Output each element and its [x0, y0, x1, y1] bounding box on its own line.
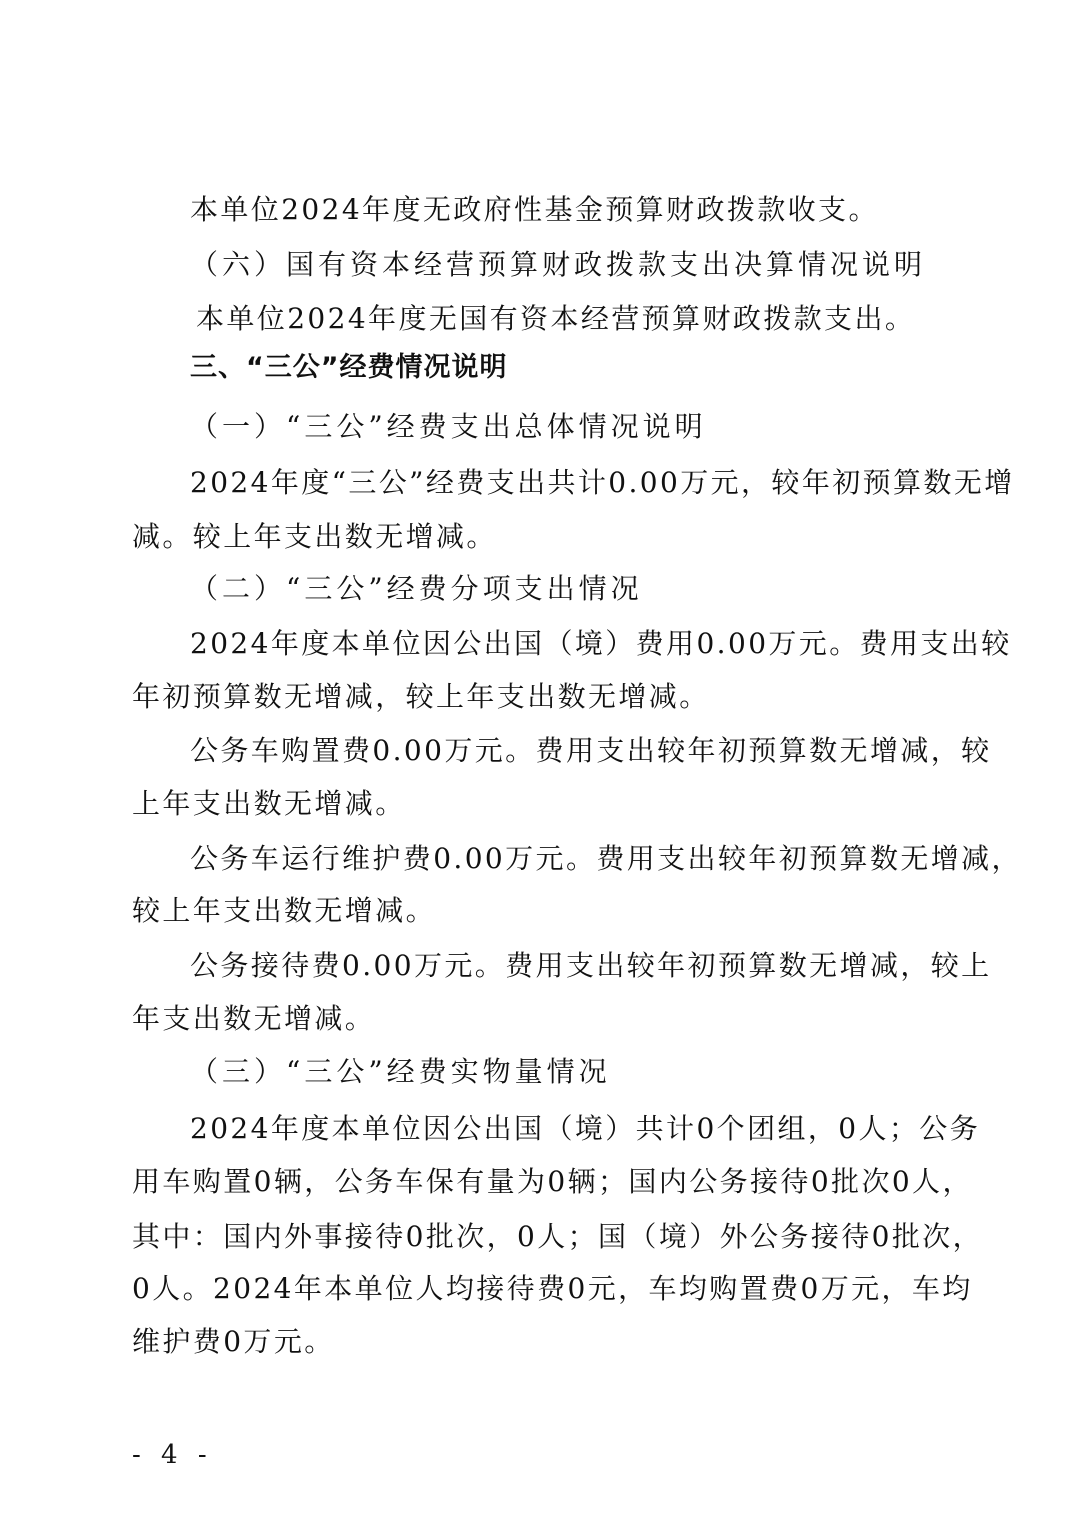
section-heading-1-overall: （一）“三公”经费支出总体情况说明 [190, 410, 1002, 444]
paragraph-abroad-line-2: 年初预算数无增减，较上年支出数无增减。 [132, 680, 944, 714]
page-number: - 4 - [132, 1440, 213, 1470]
section-heading-6-state-capital: （六）国有资本经营预算财政拨款支出决算情况说明 [190, 248, 1002, 282]
paragraph-quantity-line-5: 维护费0万元。 [132, 1325, 944, 1359]
paragraph-quantity-line-4: 0人。2024年本单位人均接待费0元，车均购置费0万元，车均 [132, 1272, 944, 1306]
paragraph-government-fund-none: 本单位2024年度无政府性基金预算财政拨款收支。 [190, 193, 944, 227]
paragraph-vehicle-maintenance-line-2: 较上年支出数无增减。 [132, 894, 944, 928]
paragraph-abroad-line-1: 2024年度本单位因公出国（境）费用0.00万元。费用支出较 [190, 627, 944, 661]
paragraph-vehicle-purchase-line-2: 上年支出数无增减。 [132, 787, 944, 821]
paragraph-vehicle-purchase-line-1: 公务车购置费0.00万元。费用支出较年初预算数无增减，较 [190, 734, 944, 768]
paragraph-quantity-line-1: 2024年度本单位因公出国（境）共计0个团组，0人；公务 [190, 1112, 944, 1146]
paragraph-overall-line-1: 2024年度“三公”经费支出共计0.00万元，较年初预算数无增 [190, 466, 944, 500]
paragraph-quantity-line-2: 用车购置0辆，公务车保有量为0辆；国内公务接待0批次0人， [132, 1165, 944, 1199]
document-page: 本单位2024年度无政府性基金预算财政拨款收支。 （六）国有资本经营预算财政拨款… [0, 0, 1075, 1520]
chapter-heading-three-public-expenses: 三、“三公”经费情况说明 [190, 351, 1002, 385]
section-heading-3-physical-quantity: （三）“三公”经费实物量情况 [190, 1055, 1002, 1089]
paragraph-state-capital-none: 本单位2024年度无国有资本经营预算财政拨款支出。 [196, 302, 1008, 336]
paragraph-vehicle-maintenance-line-1: 公务车运行维护费0.00万元。费用支出较年初预算数无增减， [190, 842, 944, 876]
paragraph-reception-line-2: 年支出数无增减。 [132, 1002, 944, 1036]
paragraph-quantity-line-3: 其中：国内外事接待0批次，0人；国（境）外公务接待0批次， [132, 1220, 944, 1254]
paragraph-reception-line-1: 公务接待费0.00万元。费用支出较年初预算数无增减，较上 [190, 949, 944, 983]
section-heading-2-itemized: （二）“三公”经费分项支出情况 [190, 572, 1002, 606]
paragraph-overall-line-2: 减。较上年支出数无增减。 [132, 520, 944, 554]
